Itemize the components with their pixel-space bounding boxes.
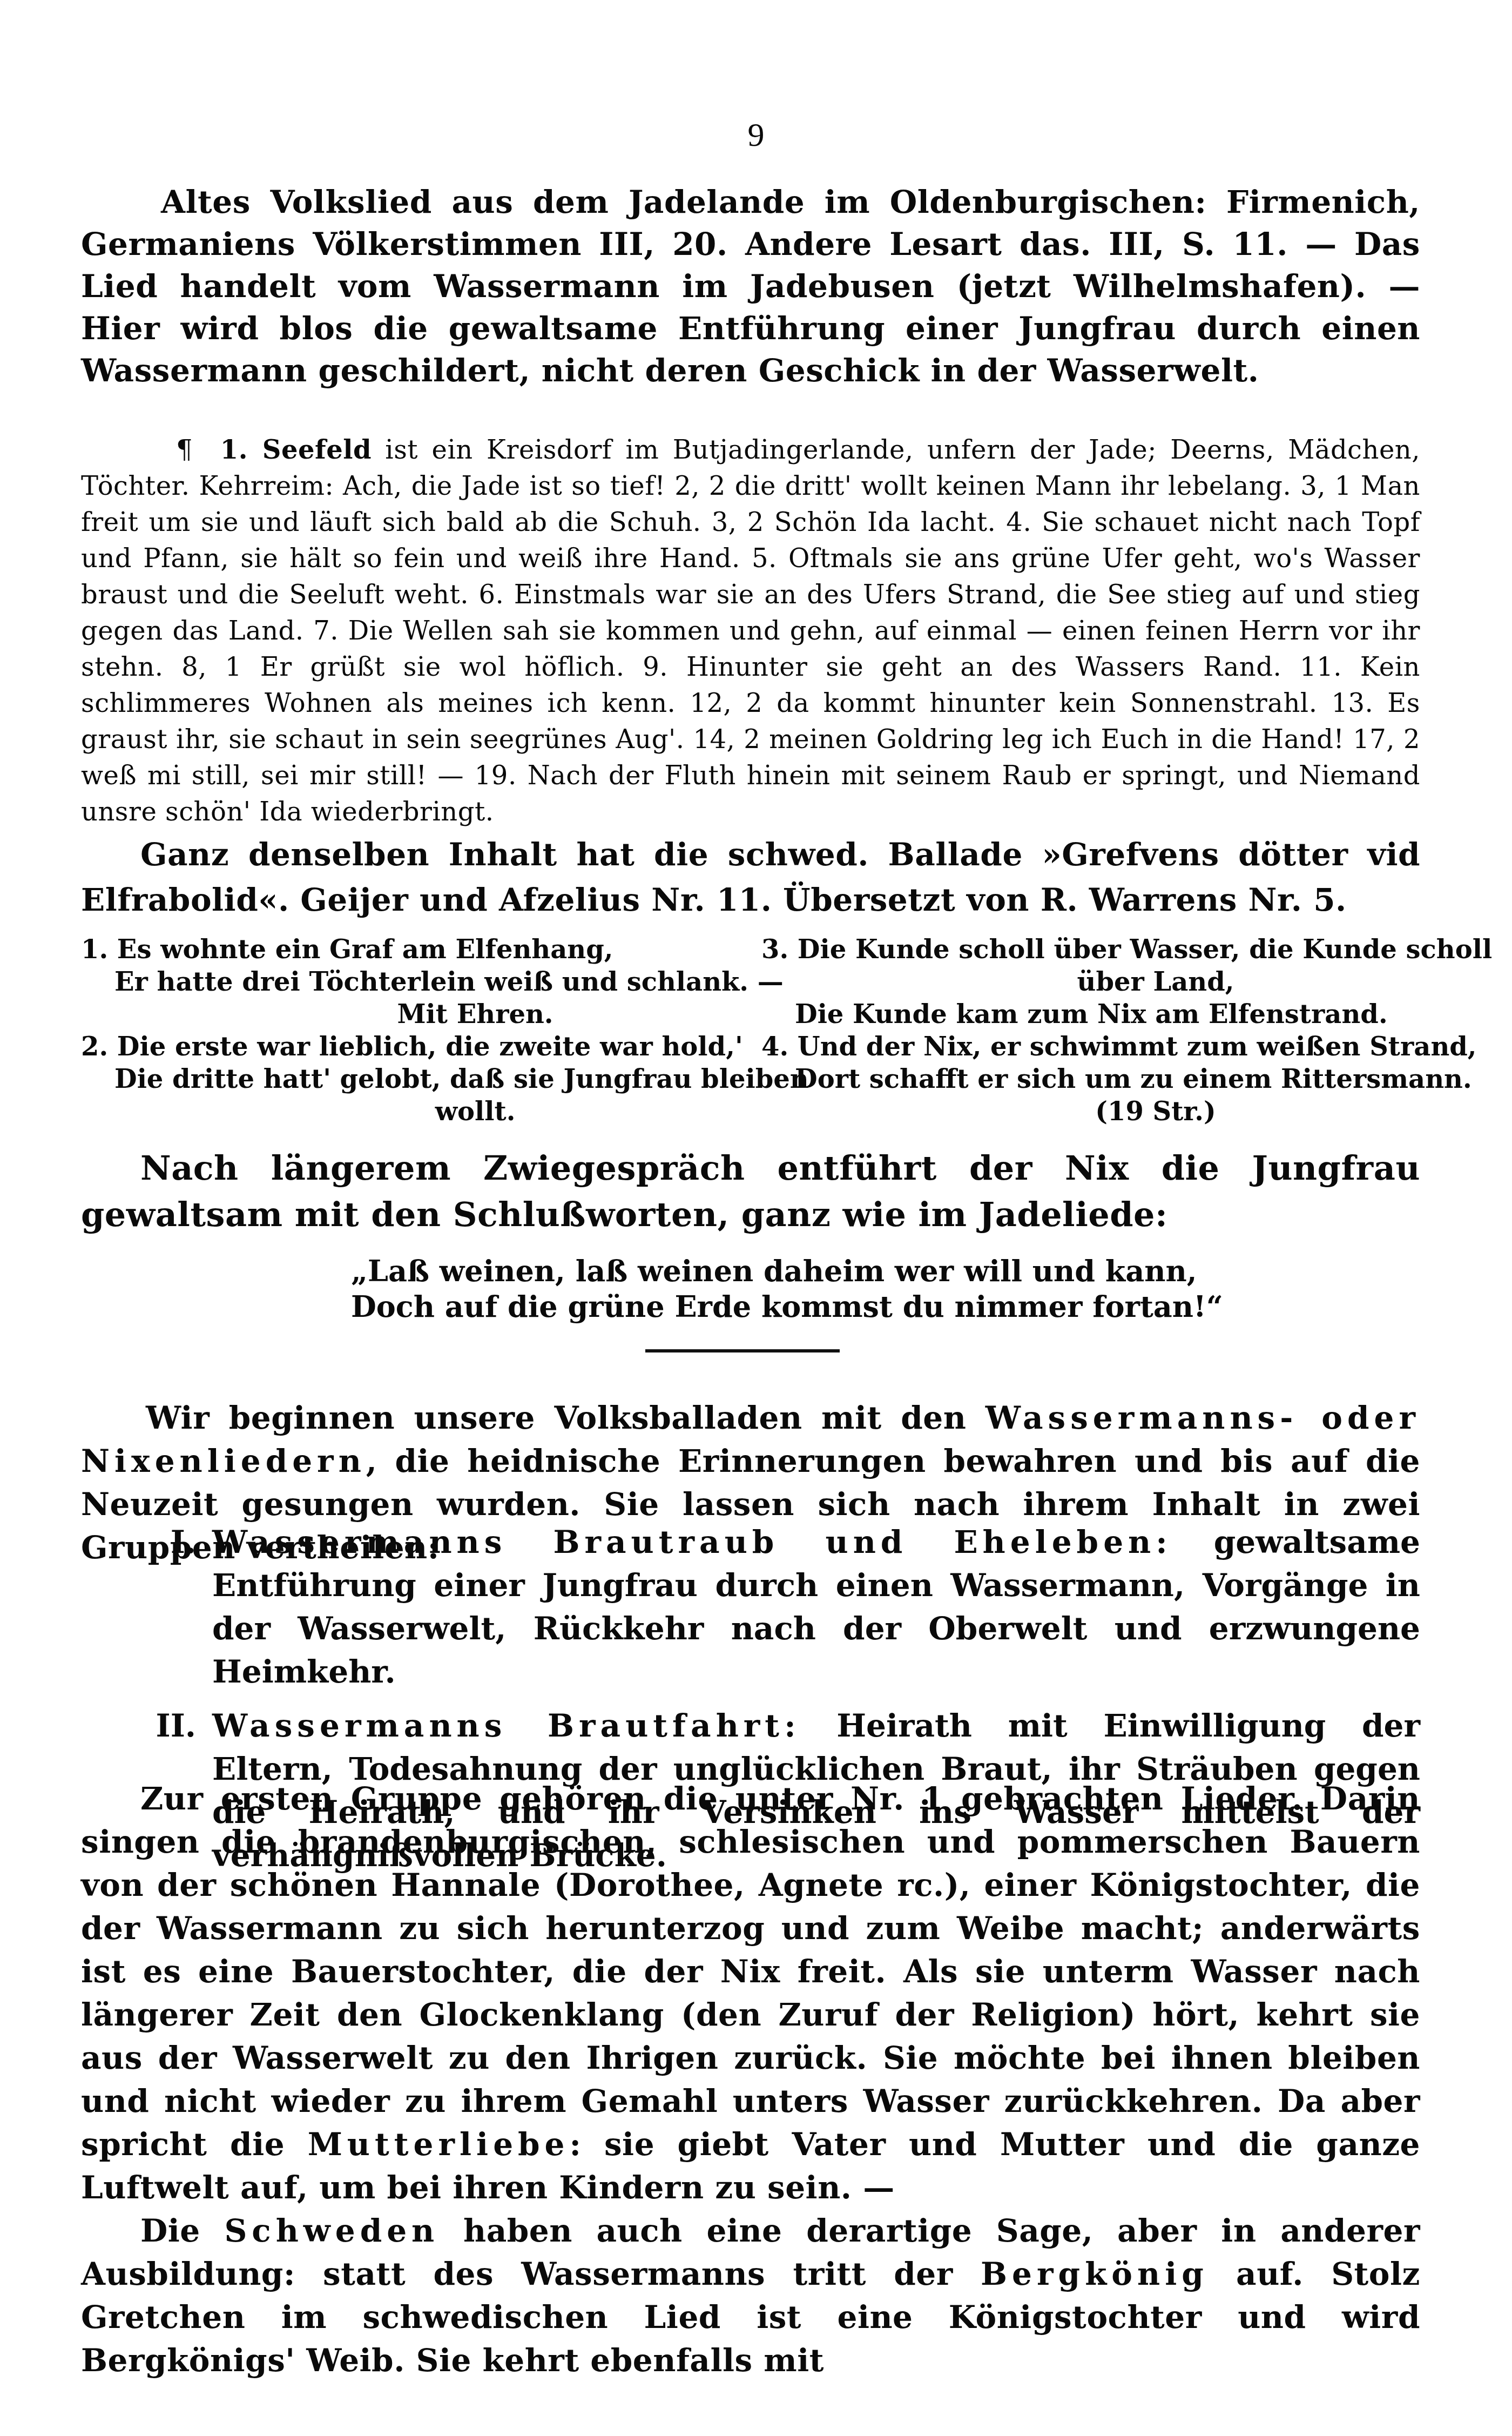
stanza-line: 1. Es wohnte ein Graf am Elfenhang,	[81, 933, 740, 966]
stanza-column-right: 3. Die Kunde scholl über Wasser, die Kun…	[761, 933, 1420, 1128]
emphasis-text: oder	[1298, 1399, 1420, 1436]
verse-notes-lead: 1. Seefeld	[220, 435, 372, 465]
stanza-count: (19 Str.)	[761, 1095, 1420, 1128]
ballad-summary-text: Nach längerem Zwiegespräch entführt der …	[81, 1145, 1420, 1238]
stanza-line: Die Kunde kam zum Nix am Elfenstrand.	[761, 998, 1420, 1031]
stanza-line: 4. Und der Nix, er schwimmt zum weißen S…	[761, 1031, 1420, 1063]
group-item-1: I. Wassermanns Brautraub und Eheleben: g…	[81, 1520, 1420, 1693]
text-run: Zur ersten Gruppe gehören die unter Nr. …	[81, 1780, 1420, 2163]
stanza-2: 2. Die erste war lieblich, die zweite wa…	[81, 1031, 740, 1128]
stanza-4: 4. Und der Nix, er schwimmt zum weißen S…	[761, 1031, 1420, 1128]
stanza-refrain: Mit Ehren.	[81, 998, 740, 1031]
source-note: Altes Volkslied aus dem Jadelande im Old…	[81, 181, 1420, 392]
verse-notes: ¶ 1. Seefeld ist ein Kreisdorf im Butjad…	[81, 432, 1420, 830]
emphasis-text: Wassermanns-	[986, 1399, 1298, 1436]
text-run: Die	[140, 2212, 224, 2249]
ballad-intro-text: Ganz denselben Inhalt hat die schwed. Ba…	[81, 832, 1420, 923]
stanza-line: 3. Die Kunde scholl über Wasser, die Kun…	[761, 933, 1420, 966]
verse-notes-text: ¶ 1. Seefeld ist ein Kreisdorf im Butjad…	[81, 432, 1420, 830]
group-number: I.	[81, 1520, 212, 1693]
main-paragraph-3: Die Schweden haben auch eine derartige S…	[81, 2209, 1420, 2382]
ballad-summary: Nach längerem Zwiegespräch entführt der …	[81, 1145, 1420, 1238]
emphasis-text: Nixenliedern	[81, 1443, 366, 1479]
section-divider	[645, 1349, 840, 1352]
emphasis-text: Bergkönig	[981, 2256, 1209, 2292]
emphasis-text: Schweden	[224, 2212, 439, 2249]
stanza-column-left: 1. Es wohnte ein Graf am Elfenhang, Er h…	[81, 933, 740, 1128]
stanza-1: 1. Es wohnte ein Graf am Elfenhang, Er h…	[81, 933, 740, 1031]
verse-notes-body: ist ein Kreisdorf im Butjadingerlande, u…	[81, 435, 1420, 827]
main-paragraph-2: Zur ersten Gruppe gehören die unter Nr. …	[81, 1777, 1420, 2209]
stanza-line: Dort schafft er sich um zu einem Ritters…	[761, 1063, 1420, 1095]
page-number: 9	[729, 116, 783, 154]
source-note-text: Altes Volkslied aus dem Jadelande im Old…	[81, 181, 1420, 392]
quote-line: Doch auf die grüne Erde kommst du nimmer…	[351, 1289, 1215, 1324]
stanza-3: 3. Die Kunde scholl über Wasser, die Kun…	[761, 933, 1420, 1031]
group-title: Wassermanns Brautfahrt:	[212, 1707, 801, 1744]
emphasis-text: Mutterliebe	[308, 2126, 570, 2163]
stanza-line: wollt.	[81, 1095, 740, 1128]
closing-quote: „Laß weinen, laß weinen daheim wer will …	[351, 1253, 1215, 1324]
stanza-line: über Land,	[761, 966, 1420, 998]
quote-line: „Laß weinen, laß weinen daheim wer will …	[351, 1253, 1215, 1289]
group-title: Wassermanns Brautraub und Eheleben:	[212, 1524, 1172, 1560]
ballad-intro: Ganz denselben Inhalt hat die schwed. Ba…	[81, 832, 1420, 923]
paragraph-mark-icon: ¶	[176, 435, 193, 465]
stanza-line: 2. Die erste war lieblich, die zweite wa…	[81, 1031, 740, 1063]
group-text: Wassermanns Brautraub und Eheleben: gewa…	[212, 1520, 1420, 1693]
text-run: Wir beginnen unsere Volksballaden mit de…	[146, 1399, 986, 1436]
stanza-line: Er hatte drei Töchterlein weiß und schla…	[81, 966, 740, 998]
stanza-line: Die dritte hatt' gelobt, daß sie Jungfra…	[81, 1063, 740, 1095]
ballad-stanzas: 1. Es wohnte ein Graf am Elfenhang, Er h…	[81, 933, 1420, 1128]
main-text-body: Zur ersten Gruppe gehören die unter Nr. …	[81, 1777, 1420, 2382]
